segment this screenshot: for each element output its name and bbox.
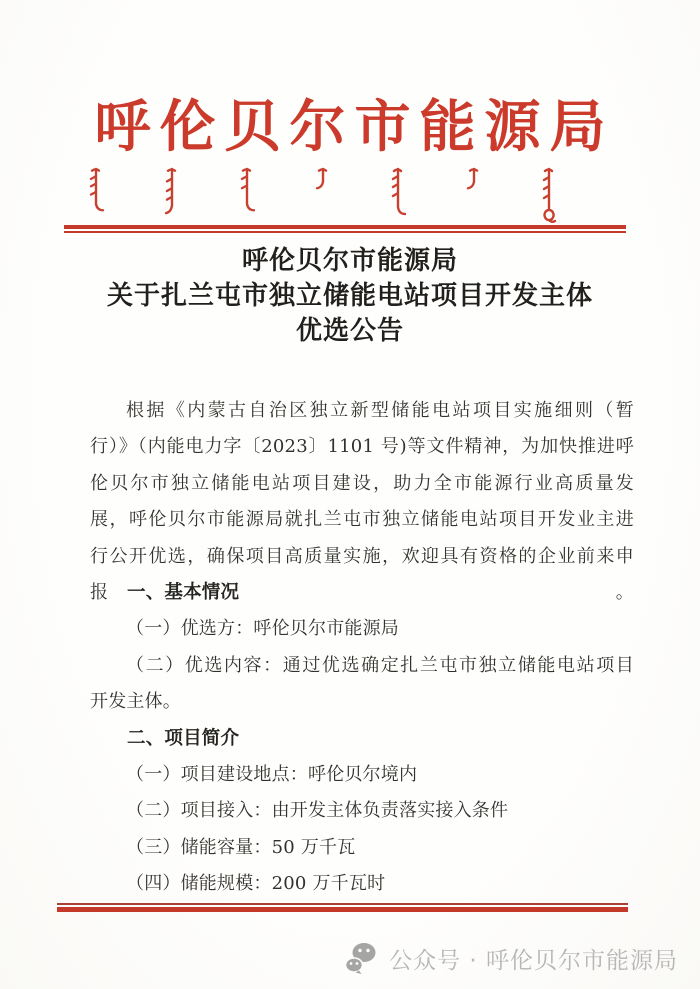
separator-thick-line (57, 907, 628, 912)
mongolian-script-glyph (466, 167, 482, 191)
separator-thin-line (57, 903, 628, 905)
separator-thick-line (64, 225, 626, 229)
title-line-3: 优选公告 (0, 314, 700, 349)
intro-line: 行公开优选，确保项目高质量实施，欢迎具有资格的企业前来申报。 (90, 539, 634, 575)
section-2-item-2: （二）项目接入：由开发主体负责落实接入条件 (90, 793, 634, 829)
letterhead-org-name: 呼伦贝尔市能源局 (0, 92, 700, 162)
section-1-item-2: （二）优选内容：通过优选确定扎兰屯市独立储能电站项目 (90, 648, 634, 684)
document-body: 根据《内蒙古自治区独立新型储能电站项目实施细则（暂 行）》（内能电力字〔2023… (90, 393, 634, 902)
mongolian-script-glyph (88, 167, 104, 213)
section-1-item-1: （一）优选方：呼伦贝尔市能源局 (90, 611, 634, 647)
title-line-1: 呼伦贝尔市能源局 (0, 244, 700, 279)
section-2-item-3: （三）储能容量：50 万千瓦 (90, 830, 634, 866)
separator-thin-line (64, 231, 626, 233)
section-2-item-4: （四）储能规模：200 万千瓦时 (90, 866, 634, 902)
intro-line: 伦贝尔市独立储能电站项目建设，助力全市能源行业高质量发 (90, 466, 634, 502)
mongolian-script-row (88, 167, 558, 225)
section-2-heading: 二、项目简介 (90, 721, 634, 757)
section-2-item-1: （一）项目建设地点：呼伦贝尔境内 (90, 757, 634, 793)
mongolian-script-glyph (239, 167, 255, 213)
footer-separator (57, 903, 628, 912)
intro-line: 根据《内蒙古自治区独立新型储能电站项目实施细则（暂 (90, 393, 634, 429)
footer-label: 公众号 · 呼伦贝尔市能源局 (389, 942, 678, 975)
wechat-icon (342, 941, 380, 975)
mongolian-script-glyph (315, 167, 331, 191)
document-page: 呼伦贝尔市能源局 呼伦贝尔市能源局 关于扎兰屯市独立储能电站项目开发主体 优 (0, 0, 700, 989)
intro-line: 行）》（内能电力字〔2023〕1101 号)等文件精神，为加快推进呼 (90, 429, 634, 465)
mongolian-script-glyph (164, 167, 180, 215)
title-line-2: 关于扎兰屯市独立储能电站项目开发主体 (0, 279, 700, 314)
intro-line: 展，呼伦贝尔市能源局就扎兰屯市独立储能电站项目开发业主进 (90, 502, 634, 538)
mongolian-script-glyph (541, 167, 558, 225)
mongolian-script-glyph (390, 167, 406, 217)
document-title: 呼伦贝尔市能源局 关于扎兰屯市独立储能电站项目开发主体 优选公告 (0, 244, 700, 349)
section-1-item-2-continued: 开发主体。 (90, 684, 634, 720)
letterhead-separator (64, 225, 626, 233)
footer-watermark: 公众号 · 呼伦贝尔市能源局 (342, 941, 678, 975)
